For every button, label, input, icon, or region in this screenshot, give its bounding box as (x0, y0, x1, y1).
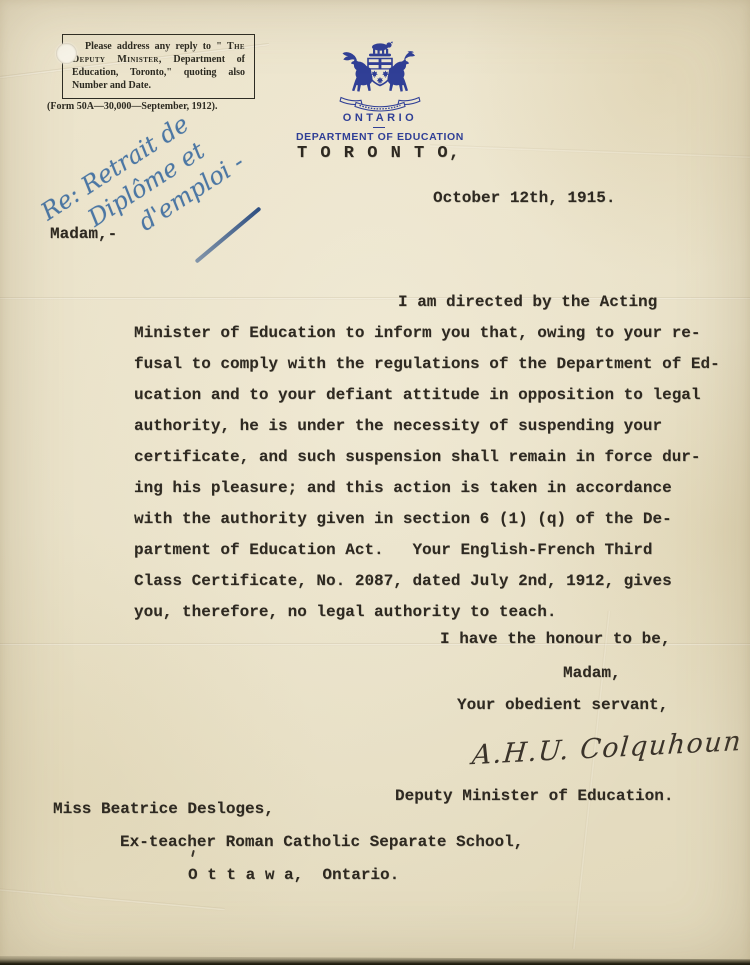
punch-hole (56, 43, 77, 64)
closing-line: I have the honour to be, (440, 630, 670, 648)
closing-line: Madam, (563, 664, 621, 682)
body-line: Class Certificate, No. 2087, dated July … (134, 566, 720, 597)
body-line: partment of Education Act. Your English-… (134, 535, 720, 566)
wrinkle (572, 611, 611, 949)
recipient-line: O t t a w a, Ontario. (188, 866, 399, 884)
body-line: authority, he is under the necessity of … (134, 411, 720, 442)
handwritten-flourish-stroke (195, 206, 262, 263)
signature: A.H.U. Colquhoun (471, 726, 744, 771)
body-line: I am directed by the Acting (134, 287, 720, 318)
body-line: you, therefore, no legal authority to te… (134, 597, 720, 628)
body-line: Minister of Education to inform you that… (134, 318, 720, 349)
letter-page: Please address any reply to " The Deputy… (0, 0, 750, 965)
ontario-coat-of-arms-icon (328, 40, 432, 117)
reply-prefix: Please address any reply to " (85, 41, 227, 52)
body-line: with the authority given in section 6 (1… (134, 504, 720, 535)
stray-ink-mark (191, 850, 195, 857)
body-line: fusal to comply with the regulations of … (134, 349, 720, 380)
wrinkle (430, 144, 750, 158)
body-line: ing his pleasure; and this action is tak… (134, 473, 720, 504)
signer-title: Deputy Minister of Education. (395, 787, 673, 805)
wrinkle (0, 888, 225, 911)
salutation: Madam,- (50, 225, 117, 243)
letter-date: October 12th, 1915. (433, 189, 615, 207)
letterhead-divider (373, 127, 385, 128)
letterhead-department: DEPARTMENT OF EDUCATION (275, 131, 485, 143)
recipient-line: Ex-teacher Roman Catholic Separate Schoo… (120, 833, 523, 851)
letterhead-city: T O R O N T O, (297, 144, 461, 163)
closing-line: Your obedient servant, (457, 696, 668, 714)
letter-body: I am directed by the Acting Minister of … (134, 287, 720, 628)
paper-bottom-edge (0, 954, 750, 965)
recipient-line: Miss Beatrice Desloges, (53, 800, 274, 818)
body-line: ucation and to your defiant attitude in … (134, 380, 720, 411)
letterhead-province: ONTARIO (330, 112, 430, 124)
body-line: certificate, and such suspension shall r… (134, 442, 720, 473)
